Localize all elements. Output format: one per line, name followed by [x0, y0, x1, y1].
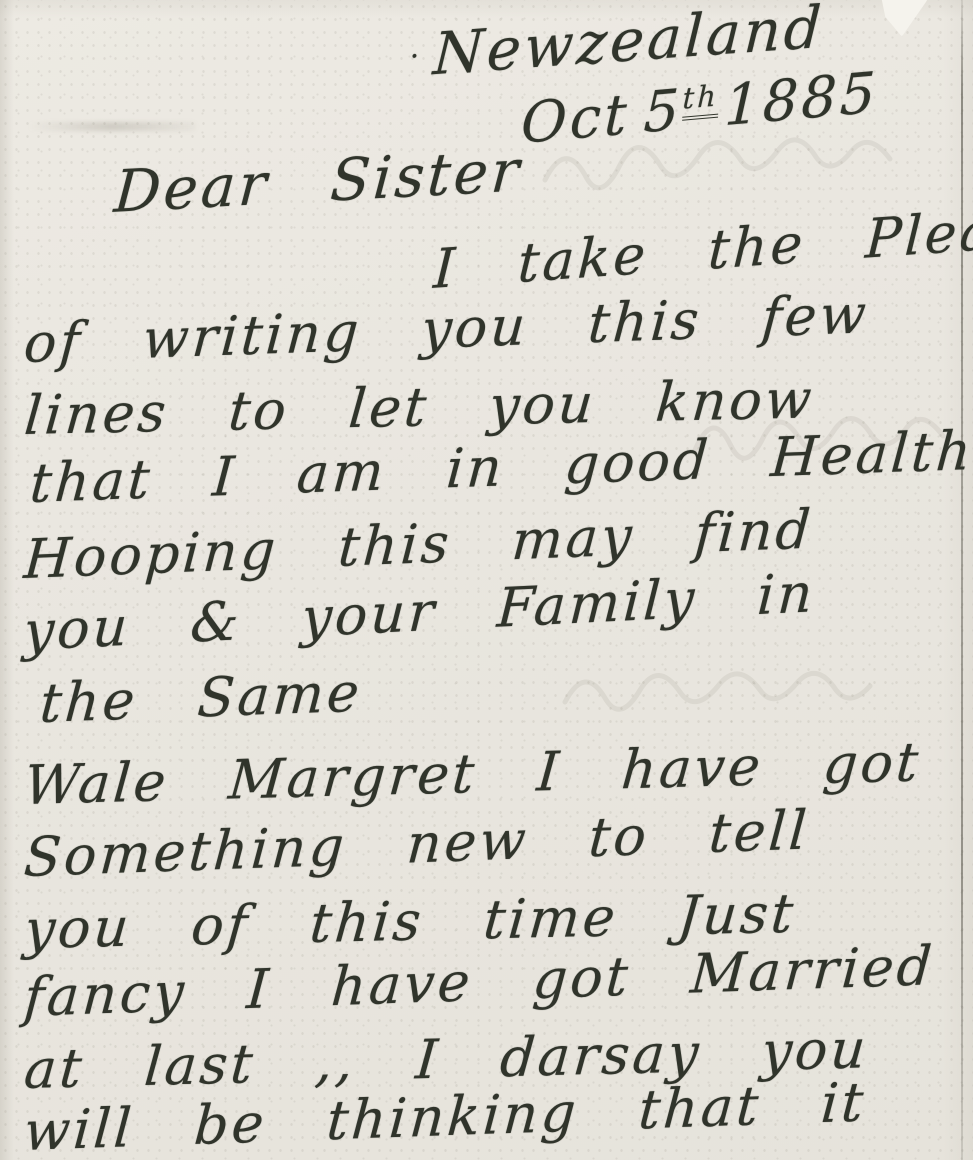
paper-tear: [866, 0, 928, 39]
letter-page: .Newzealand Oct 5th1885 Dear Sister I ta…: [0, 0, 973, 1160]
date-year: 1885: [723, 60, 879, 139]
body-line: the Same: [38, 661, 364, 735]
body-line: of writing you this few: [22, 282, 871, 375]
date-day: 5: [643, 77, 684, 146]
date-ordinal: th: [682, 79, 720, 121]
date-month: Oct: [520, 82, 631, 157]
ink-dot-mark: .: [409, 30, 420, 66]
salutation: Dear Sister: [112, 136, 524, 226]
page-edge-line: [961, 0, 963, 1160]
graphite-smudge: [28, 122, 196, 131]
body-line-opening: I take the Pleas: [432, 196, 973, 301]
